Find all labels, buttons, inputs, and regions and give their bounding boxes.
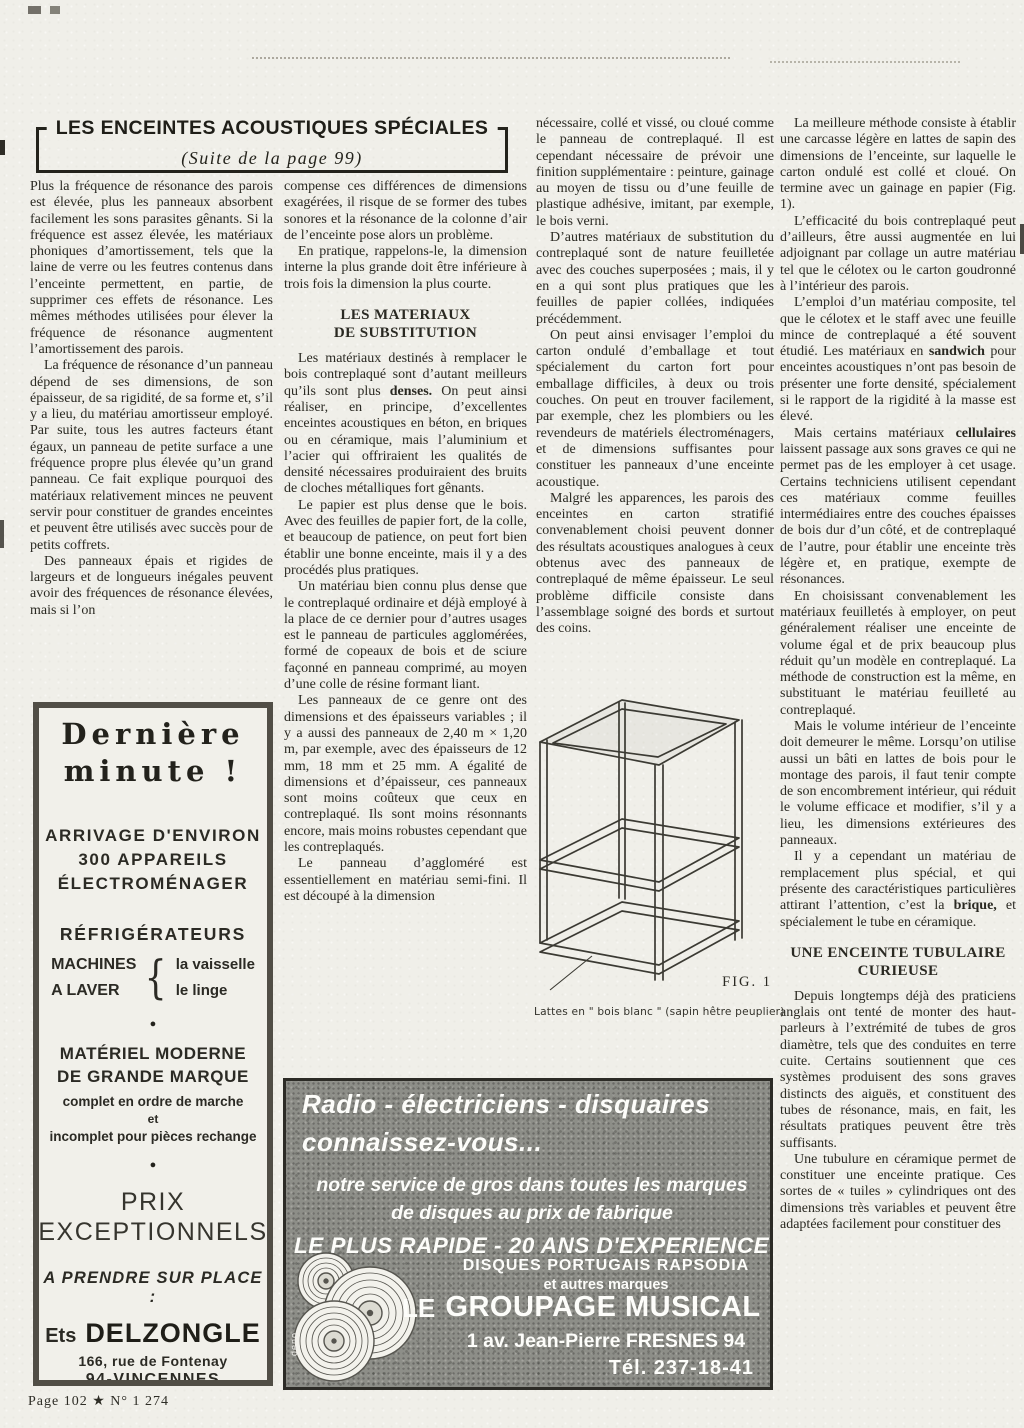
- machines-label: A LAVER: [51, 982, 119, 999]
- bold-word: sandwich: [929, 344, 985, 359]
- ad-text: de disques au prix de fabrique: [300, 1202, 764, 1225]
- ad-title-line: minute !: [64, 754, 243, 788]
- refrigerateurs-text: RÉFRIGÉRATEURS: [60, 922, 246, 946]
- bold-word: brique,: [954, 898, 997, 913]
- etat-line: complet en ordre de marche: [63, 1094, 244, 1109]
- prix-line: EXCEPTIONNELS: [38, 1218, 267, 1246]
- ad-headline: connaissez-vous...: [302, 1127, 542, 1158]
- paragraph: D’autres matériaux de substitution du co…: [536, 230, 774, 328]
- scan-artifact-mark: [28, 6, 41, 14]
- ad-headline: Radio - électriciens - disquaires: [302, 1089, 710, 1120]
- ad-company-address: 1 av. Jean-Pierre FRESNES 94: [446, 1330, 766, 1353]
- article-title: LES ENCEINTES ACOUSTIQUES SPÉCIALES: [47, 117, 498, 140]
- company-title: DELZONGLE: [85, 1318, 261, 1349]
- section-heading: UNE ENCEINTE TUBULAIRE CURIEUSE: [780, 944, 1016, 980]
- bullet-separator: ●: [150, 1018, 157, 1030]
- ad-company-name: GROUPAGE MUSICAL: [436, 1291, 770, 1324]
- machines-labels: MACHINES A LAVER: [51, 952, 136, 1004]
- paragraph: Depuis longtemps déjà des praticiens ang…: [780, 989, 1016, 1152]
- paragraph: Des panneaux épais et rigides de largeur…: [30, 554, 273, 619]
- etat-line: incomplet pour pièces rechange: [49, 1129, 256, 1144]
- ad-le-text: LE: [402, 1293, 435, 1324]
- paragraph-text: On peut ainsi réaliser, en principe, d’e…: [284, 384, 527, 497]
- scan-artifact-line: [252, 57, 730, 59]
- paragraph: Le panneau d’aggloméré est essentielleme…: [284, 856, 527, 905]
- ad-title-line: Dernière: [61, 717, 244, 751]
- ad-brands-text: DISQUES PORTUGAIS RAPSODIA: [448, 1257, 764, 1275]
- page-footer: Page 102 ★ N° 1 274: [28, 1393, 169, 1410]
- company-name: Ets DELZONGLE: [45, 1318, 261, 1349]
- figure-label: FIG. 1: [722, 974, 772, 991]
- caption-pointer-line: [550, 956, 592, 990]
- text-column-4: La meilleure méthode consiste à établir …: [780, 116, 1016, 1233]
- machines-item: la vaisselle: [176, 956, 255, 973]
- company-street: 166, rue de Fontenay: [78, 1353, 227, 1369]
- arrivage-line: 300 APPAREILS: [78, 850, 227, 869]
- paragraph: Plus la fréquence de résonance des paroi…: [30, 179, 273, 358]
- derniere-minute-ad: Dernière minute ! ARRIVAGE D'ENVIRON 300…: [33, 702, 273, 1386]
- paragraph-text: laissent passage aux sons graves ce qui …: [780, 442, 1016, 587]
- section-heading: LES MATERIAUX DE SUBSTITUTION: [284, 306, 527, 342]
- section-heading-line: UNE ENCEINTE TUBULAIRE: [790, 945, 1005, 961]
- etat-text: complet en ordre de marche et incomplet …: [49, 1093, 256, 1145]
- scan-artifact-mark: [50, 6, 60, 14]
- scan-artifact-mark: [0, 520, 4, 548]
- brace-glyph: {: [145, 950, 167, 1004]
- magazine-page: LES ENCEINTES ACOUSTIQUES SPÉCIALES (Sui…: [0, 0, 1024, 1428]
- scan-artifact-mark: [1020, 224, 1024, 254]
- text-column-2: compense ces différences de dimensions e…: [284, 179, 527, 905]
- bullet-separator: ●: [150, 1159, 157, 1171]
- paragraph: Il y a cependant un matériau de remplace…: [780, 849, 1016, 930]
- arrivage-line: ARRIVAGE D'ENVIRON: [45, 826, 261, 845]
- paragraph: Un matériau bien connu plus dense que le…: [284, 579, 527, 693]
- company-city: 94-VINCENNES: [86, 1371, 220, 1386]
- company-prefix: Ets: [45, 1325, 76, 1348]
- paragraph: En choisissant convenablement les matéri…: [780, 589, 1016, 719]
- paragraph: Mais le volume intérieur de l’enceinte d…: [780, 719, 1016, 849]
- materiel-text: MATÉRIEL MODERNE DE GRANDE MARQUE: [57, 1042, 249, 1088]
- paragraph: Le papier est plus dense que le bois. Av…: [284, 498, 527, 579]
- materiel-line: DE GRANDE MARQUE: [57, 1067, 249, 1086]
- figure-caption: Lattes en " bois blanc " (sapin hêtre pe…: [534, 1006, 774, 1018]
- paragraph: Les panneaux de ce genre ont des dimensi…: [284, 693, 527, 856]
- paragraph: La fréquence de résonance d’un panneau d…: [30, 358, 273, 554]
- bold-word: denses.: [390, 384, 432, 399]
- scan-artifact-line: [770, 61, 960, 63]
- scan-artifact-mark: [0, 140, 5, 155]
- lath-frame-drawing: [534, 680, 772, 992]
- paragraph: L’emploi d’un matériau composite, tel qu…: [780, 295, 1016, 425]
- arrivage-text: ARRIVAGE D'ENVIRON 300 APPAREILS ÉLECTRO…: [45, 824, 261, 896]
- paragraph: La meilleure méthode consiste à établir …: [780, 116, 1016, 214]
- paragraph: compense ces différences de dimensions e…: [284, 179, 527, 244]
- ad-title: Dernière minute !: [61, 716, 244, 790]
- paragraph: nécessaire, collé et vissé, ou cloué com…: [536, 116, 774, 230]
- machines-a-laver-group: MACHINES A LAVER { la vaisselle le linge: [51, 952, 255, 1004]
- paragraph: Une tubulure en céramique permet de cons…: [780, 1152, 1016, 1233]
- paragraph: Malgré les apparences, les parois des en…: [536, 491, 774, 638]
- bold-word: cellulaires: [956, 426, 1016, 441]
- machines-item: le linge: [176, 982, 228, 999]
- paragraph: Mais certains matériaux cellulaires lais…: [780, 426, 1016, 589]
- paragraph-text: Mais certains matériaux: [794, 426, 956, 441]
- text-column-3: nécessaire, collé et vissé, ou cloué com…: [536, 116, 774, 638]
- machines-label: MACHINES: [51, 956, 136, 973]
- section-heading-line: LES MATERIAUX: [340, 307, 470, 323]
- figure-1: FIG. 1 Lattes en " bois blanc " (sapin h…: [534, 680, 774, 1032]
- paragraph: En pratique, rappelons-le, la dimension …: [284, 244, 527, 293]
- ad-company-phone: Tél. 237-18-41: [609, 1357, 754, 1380]
- ad-signature: deno: [289, 1332, 299, 1356]
- machines-items: la vaisselle le linge: [176, 952, 255, 1004]
- text-column-1: Plus la fréquence de résonance des paroi…: [30, 179, 273, 619]
- arrivage-line: ÉLECTROMÉNAGER: [58, 874, 249, 893]
- etat-line: et: [148, 1112, 159, 1126]
- article-subtitle: (Suite de la page 99): [181, 148, 362, 169]
- materiel-line: MATÉRIEL MODERNE: [60, 1044, 247, 1063]
- vinyl-records-icon: [290, 1251, 418, 1383]
- article-title-box: LES ENCEINTES ACOUSTIQUES SPÉCIALES (Sui…: [36, 127, 508, 173]
- section-heading-line: DE SUBSTITUTION: [334, 325, 477, 341]
- section-heading-line: CURIEUSE: [858, 963, 939, 979]
- prix-line: PRIX: [121, 1188, 185, 1216]
- paragraph: On peut ainsi envisager l’emploi du cart…: [536, 328, 774, 491]
- prix-text: PRIX EXCEPTIONNELS: [38, 1187, 267, 1247]
- paragraph: Les matériaux destinés à remplacer le bo…: [284, 351, 527, 498]
- ad-text: notre service de gros dans toutes les ma…: [300, 1174, 764, 1197]
- paragraph: L’efficacité du bois contreplaqué peut d…: [780, 214, 1016, 295]
- groupage-musical-ad: Radio - électriciens - disquaires connai…: [283, 1078, 773, 1390]
- a-prendre-sur-place-text: A PRENDRE SUR PLACE :: [39, 1269, 267, 1307]
